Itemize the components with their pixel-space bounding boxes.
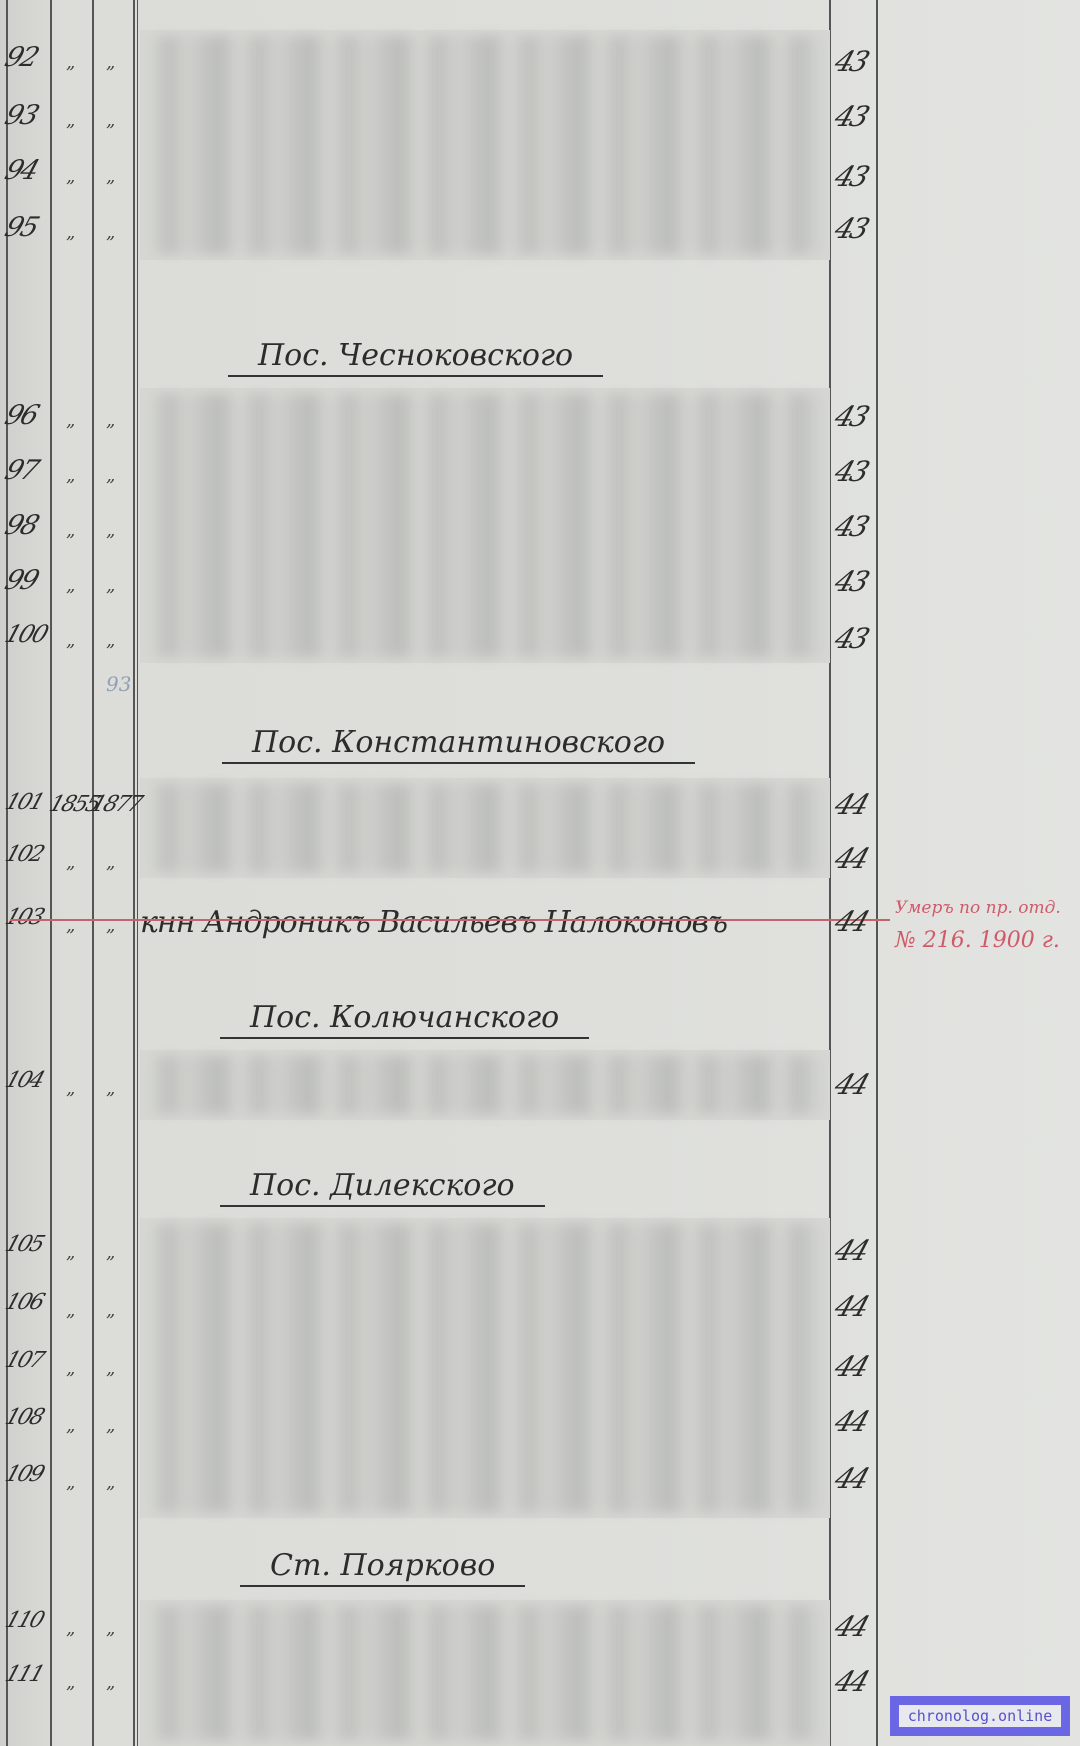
column-rule — [137, 0, 138, 1746]
row-number: 99 — [1, 565, 57, 596]
age-value: 43 — [831, 565, 882, 598]
ditto-mark: „ — [106, 1242, 115, 1263]
row-number: 95 — [1, 212, 57, 243]
ditto-mark: „ — [106, 575, 115, 596]
ditto-mark: „ — [106, 630, 115, 651]
ditto-mark: „ — [106, 1672, 115, 1693]
row-number: 93 — [1, 100, 57, 131]
section-heading: Пос. Константиновского — [222, 725, 695, 764]
age-value: 44 — [831, 842, 882, 875]
watermark-badge: chronolog.online — [890, 1696, 1070, 1736]
row-number: 98 — [1, 510, 57, 541]
ditto-mark: „ — [66, 410, 75, 431]
ditto-mark: „ — [106, 410, 115, 431]
watermark-text: chronolog.online — [899, 1705, 1061, 1727]
ditto-mark: „ — [66, 520, 75, 541]
row-number: 100 — [1, 620, 56, 648]
ditto-mark: „ — [106, 1300, 115, 1321]
age-value: 43 — [831, 100, 882, 133]
ditto-mark: „ — [106, 1358, 115, 1379]
age-value: 43 — [831, 510, 882, 543]
row-number: 97 — [1, 455, 57, 486]
ditto-mark: „ — [106, 1618, 115, 1639]
ditto-mark: „ — [66, 465, 75, 486]
row-number: 94 — [1, 155, 57, 186]
age-value: 44 — [831, 788, 882, 821]
row-number: 92 — [1, 42, 57, 73]
redacted-names-block — [140, 1218, 830, 1518]
ditto-mark: „ — [106, 852, 115, 873]
age-value: 44 — [831, 905, 882, 938]
ditto-mark: „ — [66, 1472, 75, 1493]
column-rule — [133, 0, 135, 1746]
ditto-mark: „ — [66, 166, 75, 187]
red-margin-note: Умеръ по пр. отд. — [895, 898, 1061, 918]
age-value: 43 — [831, 45, 882, 78]
redacted-names-block — [140, 30, 830, 260]
ditto-mark: „ — [66, 110, 75, 131]
ditto-mark: „ — [66, 575, 75, 596]
ditto-mark: „ — [106, 222, 115, 243]
ditto-mark: „ — [66, 1672, 75, 1693]
ditto-mark: „ — [106, 465, 115, 486]
age-value: 44 — [831, 1068, 882, 1101]
ditto-mark: „ — [66, 1300, 75, 1321]
ditto-mark: „ — [66, 852, 75, 873]
age-value: 43 — [831, 400, 882, 433]
age-value: 43 — [831, 455, 882, 488]
section-heading: Пос. Колючанского — [220, 1000, 589, 1039]
age-value: 44 — [831, 1290, 882, 1323]
ditto-mark: „ — [66, 52, 75, 73]
ditto-mark: „ — [106, 110, 115, 131]
row-number: 109 — [2, 1462, 56, 1487]
ditto-mark: „ — [66, 1078, 75, 1099]
ditto-mark: „ — [66, 222, 75, 243]
row-number: 96 — [1, 400, 57, 431]
row-number: 102 — [2, 842, 56, 867]
column-rule — [92, 0, 94, 1746]
age-value: 43 — [831, 212, 882, 245]
age-value: 43 — [831, 622, 882, 655]
age-value: 44 — [831, 1234, 882, 1267]
struck-out-name: кнн Андроникъ Васильевъ Налоконовъ — [140, 905, 830, 940]
age-value: 44 — [831, 1665, 882, 1698]
section-heading: Ст. Поярково — [240, 1548, 525, 1587]
section-heading: Пос. Чесноковского — [228, 338, 603, 377]
pencil-mark: 93 — [106, 672, 131, 696]
age-value: 44 — [831, 1350, 882, 1383]
age-value: 43 — [831, 160, 882, 193]
age-value: 44 — [831, 1462, 882, 1495]
ditto-mark: „ — [106, 1078, 115, 1099]
ditto-mark: „ — [66, 1415, 75, 1436]
ditto-mark: „ — [106, 1415, 115, 1436]
ditto-mark: „ — [66, 1242, 75, 1263]
ditto-mark: „ — [66, 1358, 75, 1379]
ditto-mark: „ — [106, 520, 115, 541]
ditto-mark: „ — [106, 1472, 115, 1493]
red-strikethrough — [10, 919, 890, 921]
row-number: 111 — [2, 1662, 56, 1687]
row-number: 108 — [2, 1405, 56, 1430]
ditto-mark: „ — [66, 630, 75, 651]
ditto-mark: „ — [106, 166, 115, 187]
register-page: Пос. Чесноковского Пос. Константиновског… — [0, 0, 1080, 1746]
redacted-names-block — [140, 1050, 830, 1120]
ditto-mark: „ — [66, 1618, 75, 1639]
redacted-names-block — [140, 778, 830, 878]
section-heading: Пос. Дилекского — [220, 1168, 545, 1207]
service-year: 1877 — [88, 792, 144, 817]
row-number: 107 — [2, 1348, 56, 1373]
ditto-mark: „ — [106, 52, 115, 73]
redacted-names-block — [140, 388, 830, 663]
redacted-names-block — [140, 1600, 830, 1746]
row-number: 105 — [2, 1232, 56, 1257]
column-rule — [876, 0, 878, 1746]
red-margin-note: № 216. 1900 г. — [895, 928, 1060, 953]
row-number: 110 — [2, 1608, 56, 1633]
age-value: 44 — [831, 1405, 882, 1438]
row-number: 104 — [2, 1068, 56, 1093]
age-value: 44 — [831, 1610, 882, 1643]
row-number: 106 — [2, 1290, 56, 1315]
row-number: 103 — [2, 905, 56, 930]
column-rule — [50, 0, 52, 1746]
